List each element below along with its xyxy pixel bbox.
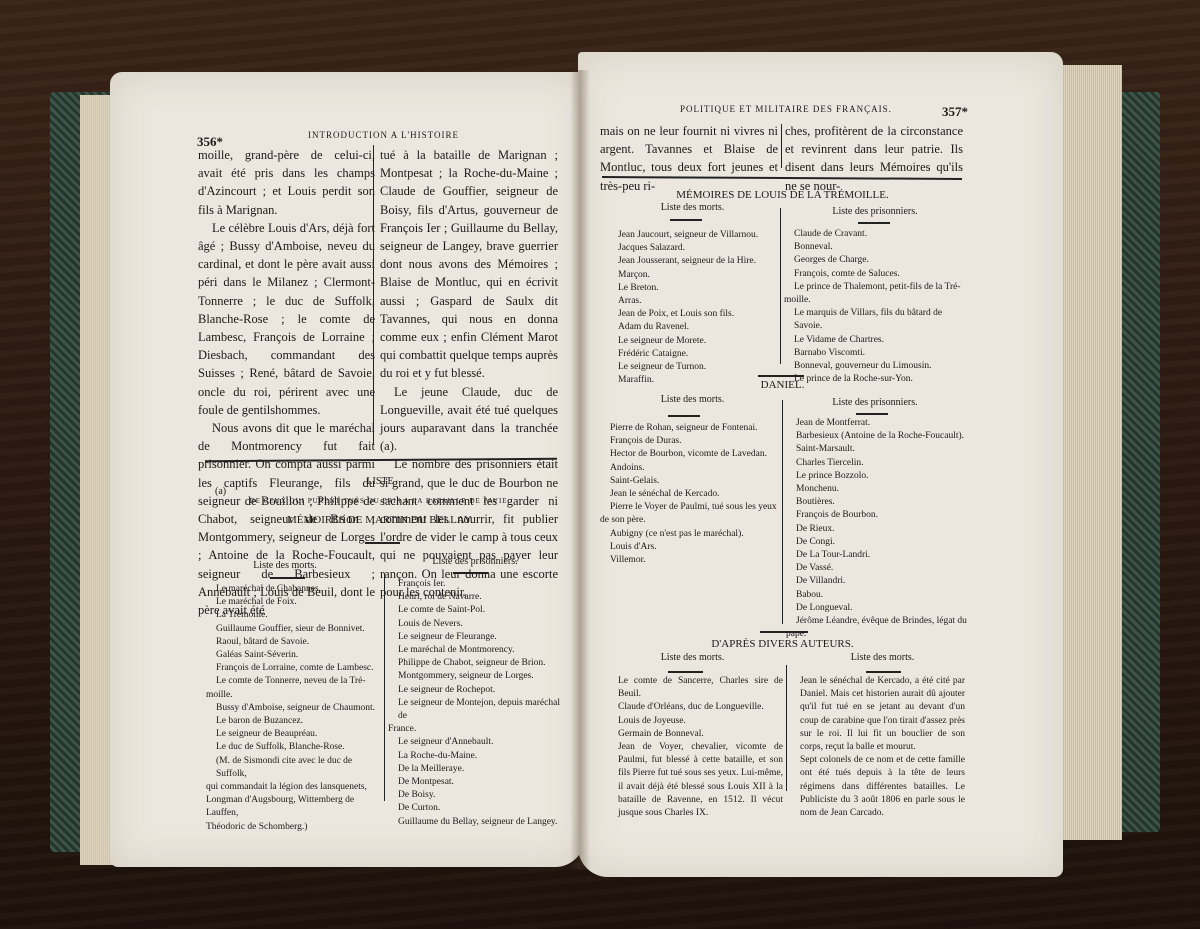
list-item: Frédéric Cataigne.	[608, 348, 780, 361]
list-item: Jean le sénéchal de Kercado, a été cité …	[790, 675, 965, 754]
list-item: Bonneval, gouverneur du Limousin.	[784, 360, 969, 373]
list-item: Babou.	[786, 589, 976, 602]
list-item: Aubigny (ce n'est pas le maréchal).	[600, 528, 785, 541]
list-item: Le seigneur de Beaupréau.	[206, 728, 381, 741]
list-item: Jean Jousserant, seigneur de la Hire.	[608, 255, 780, 268]
list-item: Jean de Voyer, chevalier, vicomte de Pau…	[608, 741, 783, 820]
column-rule	[384, 573, 385, 801]
list-item: Le duc de Suffolk, Blanche-Rose.	[206, 741, 381, 754]
dead-list-daniel: Pierre de Rohan, seigneur de Fontenai.Fr…	[600, 422, 785, 567]
list-item: Raoul, bâtard de Savoie.	[206, 636, 381, 649]
list-item: Philippe de Chabot, seigneur de Brion.	[388, 657, 568, 670]
prisoners-header: Liste des prisonniers.	[790, 206, 960, 217]
list-item: Le baron de Buzancez.	[206, 715, 381, 728]
divider	[668, 671, 703, 673]
list-item: De la Meilleraye.	[388, 763, 568, 776]
list-item: De La Tour-Landri.	[786, 549, 976, 562]
dead-header: Liste des morts.	[215, 560, 355, 571]
section-title-divers: D'APRÈS DIVERS AUTEURS.	[600, 638, 965, 650]
list-item: Le seigneur de Fleurange.	[388, 631, 568, 644]
list-item: Barbesieux (Antoine de la Roche-Foucault…	[786, 430, 976, 443]
list-item: moille.	[206, 689, 381, 702]
list-item: Le prince de Thalemont, petit-fils de la…	[784, 281, 969, 294]
page-number-right: 357*	[942, 104, 968, 120]
section-title-bellay: MÉMOIRES DE MARTIN DU BELLAY.	[200, 514, 560, 526]
list-item: Le prince Bozzolo.	[786, 470, 976, 483]
divider	[856, 413, 888, 415]
list-item: Guillaume Gouffier, sieur de Bonnivet.	[206, 623, 381, 636]
list-item: De Villandri.	[786, 575, 976, 588]
list-item: Boutières.	[786, 496, 976, 509]
list-item: Le Vidame de Chartres.	[784, 334, 969, 347]
list-item: Claude d'Orléans, duc de Longueville.	[608, 701, 783, 714]
list-item: Marçon.	[608, 269, 780, 282]
dead-list-divers-left: Le comte de Sancerre, Charles sire de Be…	[608, 675, 783, 820]
dead-list-tremoille: Jean Jaucourt, seigneur de Villarnou.Jac…	[608, 229, 780, 387]
list-item: Louis de Joyeuse.	[608, 715, 783, 728]
list-item: France.	[388, 723, 568, 736]
paragraph: moille, grand-père de celui-ci, avait ét…	[198, 146, 375, 219]
list-item: Le maréchal de Foix.	[206, 596, 381, 609]
book-gutter	[570, 70, 590, 870]
list-item: (M. de Sismondi cite avec le duc de Suff…	[206, 755, 381, 781]
divider	[670, 219, 702, 221]
list-item: Saint-Marsault.	[786, 443, 976, 456]
list-item: Georges de Charge.	[784, 254, 969, 267]
list-item: Le marquis de Villars, fils du bâtard de…	[784, 307, 969, 333]
list-item: Guillaume du Bellay, seigneur de Langey.	[388, 816, 568, 829]
list-item: Le seigneur d'Annebault.	[388, 736, 568, 749]
list-item: De Congi.	[786, 536, 976, 549]
list-item: Jean de Montferrat.	[786, 417, 976, 430]
list-item: De Vassé.	[786, 562, 976, 575]
list-item: Sept colonels de ce nom et de cette fami…	[790, 754, 965, 820]
list-item: Andoins.	[600, 462, 785, 475]
prisoners-list-bellay: François Ier.Henri, roi de Navarre.Le co…	[388, 578, 568, 829]
list-item: Le comte de Tonnerre, neveu de la Tré-	[206, 675, 381, 688]
list-item: Barnabo Viscomti.	[784, 347, 969, 360]
list-item: Saint-Gelais.	[600, 475, 785, 488]
list-item: François de Duras.	[600, 435, 785, 448]
list-item: moille.	[784, 294, 969, 307]
list-item: Le maréchal de Chabannes.	[206, 583, 381, 596]
list-item: De Longueval.	[786, 602, 976, 615]
list-item: Arras.	[608, 295, 780, 308]
list-item: de son père.	[600, 514, 785, 527]
list-item: François, comte de Saluces.	[784, 268, 969, 281]
column-rule	[786, 665, 787, 791]
prisoners-list-tremoille: Claude de Cravant.Bonneval.Georges de Ch…	[784, 228, 969, 386]
list-item: Monchenu.	[786, 483, 976, 496]
list-item: Bussy d'Amboise, seigneur de Chaumont.	[206, 702, 381, 715]
list-item: De Boisy.	[388, 789, 568, 802]
prisoners-header: Liste des prisonniers.	[400, 556, 550, 567]
prisoners-header: Liste des prisonniers.	[790, 397, 960, 408]
list-item: Jacques Salazard.	[608, 242, 780, 255]
column-rule	[373, 145, 374, 445]
prisoners-list-daniel: Jean de Montferrat.Barbesieux (Antoine d…	[786, 417, 976, 641]
list-item: François de Bourbon.	[786, 509, 976, 522]
list-item: De Rieux.	[786, 523, 976, 536]
list-item: Le seigneur de Morete.	[608, 335, 780, 348]
divider	[758, 375, 804, 377]
list-item: Bonneval.	[784, 241, 969, 254]
list-item: qui commandait la légion des lansquenets…	[206, 781, 381, 794]
paragraph: Le célèbre Louis d'Ars, déjà fort âgé ; …	[198, 219, 375, 419]
list-item: Louis de Nevers.	[388, 618, 568, 631]
list-item: Longman d'Augsbourg, Wittemberg de Lauff…	[206, 794, 381, 820]
right-column-2: ches, profitèrent de la circonstance et …	[785, 122, 963, 195]
list-item: Montgommery, seigneur de Lorges.	[388, 670, 568, 683]
list-item: Le seigneur de Rochepot.	[388, 684, 568, 697]
list-item: Jean de Poix, et Louis son fils.	[608, 308, 780, 321]
list-item: La Roche-du-Maine.	[388, 750, 568, 763]
column-rule	[781, 124, 782, 168]
paragraph: ches, profitèrent de la circonstance et …	[785, 122, 963, 195]
list-item: Le comte de Saint-Pol.	[388, 604, 568, 617]
divider	[453, 572, 488, 574]
left-column-1: moille, grand-père de celui-ci, avait ét…	[198, 146, 375, 619]
list-item: Pierre de Rohan, seigneur de Fontenai.	[600, 422, 785, 435]
dead-header: Liste des morts.	[620, 652, 765, 663]
section-title-tremoille: MÉMOIRES DE LOUIS DE LA TRÉMOILLE.	[600, 189, 965, 201]
right-column-1: mais on ne leur fournit ni vivres ni arg…	[600, 122, 778, 195]
list-item: Le comte de Sancerre, Charles sire de Be…	[608, 675, 783, 701]
list-item: Théodoric de Schomberg.)	[206, 821, 381, 834]
list-item: Claude de Cravant.	[784, 228, 969, 241]
left-column-2: tué à la bataille de Marignan ; Montpesa…	[380, 146, 558, 601]
divider	[760, 631, 808, 633]
footnote-subtitle: DE CEUX QUI FURENT TUÉS OU PRIS A LA BAT…	[200, 497, 560, 505]
list-item: Le seigneur de Turnon.	[608, 361, 780, 374]
list-item: De Curton.	[388, 802, 568, 815]
list-item: Henri, roi de Navarre.	[388, 591, 568, 604]
list-item: Le Breton.	[608, 282, 780, 295]
running-head-right: POLITIQUE ET MILITAIRE DES FRANÇAIS.	[680, 104, 892, 114]
dead-header: Liste des morts.	[800, 652, 965, 663]
list-item: De Montpesat.	[388, 776, 568, 789]
dead-list-divers-right: Jean le sénéchal de Kercado, a été cité …	[790, 675, 965, 820]
list-item: Louis d'Ars.	[600, 541, 785, 554]
list-item: François de Lorraine, comte de Lambesc.	[206, 662, 381, 675]
paragraph: tué à la bataille de Marignan ; Montpesa…	[380, 146, 558, 383]
list-item: Le maréchal de Montmorency.	[388, 644, 568, 657]
divider	[858, 222, 890, 224]
footnote-title: LISTE	[200, 476, 560, 487]
list-item: Hector de Bourbon, vicomte de Lavedan.	[600, 448, 785, 461]
list-item: Villemor.	[600, 554, 785, 567]
paragraph: Le jeune Claude, duc de Longueville, ava…	[380, 383, 558, 456]
page-edges-right	[1060, 65, 1122, 840]
list-item: Pierre le Voyer de Paulmi, tué sous les …	[600, 501, 785, 514]
list-item: Charles Tiercelin.	[786, 457, 976, 470]
divider	[270, 577, 305, 579]
paragraph: mais on ne leur fournit ni vivres ni arg…	[600, 122, 778, 195]
section-title-daniel: DANIEL.	[600, 379, 965, 391]
footnote-marker: (a)	[215, 486, 226, 497]
list-item: La Trémoille.	[206, 609, 381, 622]
list-item: Galéas Saint-Séverin.	[206, 649, 381, 662]
dead-header: Liste des morts.	[620, 394, 765, 405]
column-rule	[780, 208, 781, 364]
divider	[866, 671, 901, 673]
list-item: Jean Jaucourt, seigneur de Villarnou.	[608, 229, 780, 242]
list-item: Jérôme Léandre, évêque de Brindes, légat…	[786, 615, 976, 628]
list-item: François Ier.	[388, 578, 568, 591]
divider	[668, 415, 700, 417]
list-item: Jean le sénéchal de Kercado.	[600, 488, 785, 501]
list-item: Germain de Bonneval.	[608, 728, 783, 741]
divider	[365, 542, 400, 544]
list-item: Adam du Ravenel.	[608, 321, 780, 334]
dead-list-bellay: Le maréchal de Chabannes.Le maréchal de …	[206, 583, 381, 834]
dead-header: Liste des morts.	[620, 202, 765, 213]
list-item: Le seigneur de Montejon, depuis maréchal…	[388, 697, 568, 723]
running-head-left: INTRODUCTION A L'HISTOIRE	[308, 130, 459, 140]
